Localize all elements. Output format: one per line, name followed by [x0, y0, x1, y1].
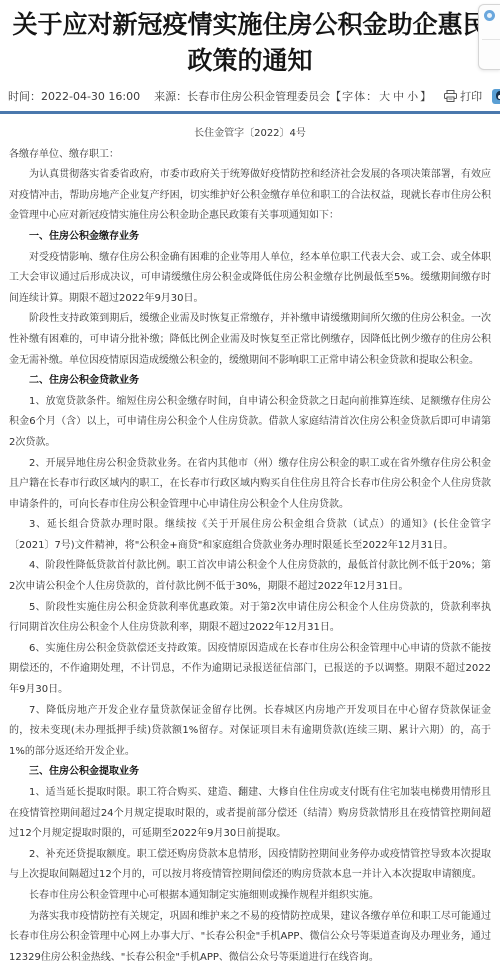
qq-share-icon[interactable]: [492, 89, 500, 104]
widget-divider: [482, 39, 500, 40]
font-size-medium-button[interactable]: 中: [393, 90, 405, 103]
page-title: 关于应对新冠疫情实施住房公积金助企惠民政策的通知: [0, 0, 500, 82]
paragraph: 为落实我市疫情防控有关规定，巩固和维护来之不易的疫情防控成果，建议各缴存单位和职…: [9, 907, 491, 964]
article: 长住金管字〔2022〕4号 各缴存单位、缴存职工：为认真贯彻落实省委省政府，市委…: [0, 114, 500, 964]
page: { "colors": { "divider": "#4a78ad", "qq_…: [0, 0, 500, 964]
print-button[interactable]: 打印: [444, 88, 482, 104]
print-label: 打印: [460, 88, 482, 104]
time-value: 2022-04-30 16:00: [41, 90, 140, 103]
doc-number: 长住金管字〔2022〕4号: [9, 124, 491, 145]
meta-actions: 【字体：大中小】 打印: [330, 88, 500, 104]
paragraph: 6、实施住房公积金贷款偿还支持政策。因疫情原因造成在长春市住房公积金管理中心申请…: [9, 639, 491, 701]
font-bracket-close: 】: [420, 90, 432, 103]
font-size-control: 【字体：大中小】: [330, 88, 432, 104]
font-size-large-button[interactable]: 大: [379, 90, 391, 103]
paragraph: 对受疫情影响、缴存住房公积金确有困难的企业等用人单位，经本单位职工代表大会、或工…: [9, 248, 491, 310]
paragraph: 2、开展异地住房公积金贷款业务。在省内其他市（州）缴存住房公积金的职工或在省外缴…: [9, 454, 491, 516]
article-body: 各缴存单位、缴存职工：为认真贯彻落实省委省政府，市委市政府关于统筹做好疫情防控和…: [9, 145, 491, 964]
paragraph: 为认真贯彻落实省委省政府，市委市政府关于统筹做好疫情防控和经济社会发展的各项决策…: [9, 165, 491, 227]
share-widget-icon: [484, 10, 495, 21]
paragraph: 4、阶段性降低贷款首付款比例。职工首次申请公积金个人住房贷款的，最低首付款比例不…: [9, 556, 491, 597]
font-bracket-open: 【字体：: [330, 90, 378, 103]
printer-icon: [444, 90, 457, 102]
section-heading: 三、住房公积金提取业务: [9, 762, 491, 783]
paragraph: 长春市住房公积金管理中心可根据本通知制定实施细则或操作规程并组织实施。: [9, 886, 491, 907]
time-label: 时间：: [8, 88, 41, 104]
paragraph: 2、补充还贷提取额度。职工偿还购房贷款本息情形，因疫情防控期间业务停办或疫情管控…: [9, 845, 491, 886]
paragraph: 1、放宽贷款条件。缩短住房公积金缴存时间，自申请公积金贷款之日起向前推算连续、足…: [9, 392, 491, 454]
floating-widget[interactable]: [478, 4, 500, 70]
paragraph: 7、降低房地产开发企业存量贷款保证金留存比例。长春城区内房地产开发项目在中心留存…: [9, 701, 491, 763]
source-value: 长春市住房公积金管理委员会: [187, 88, 330, 104]
share-icons: [492, 89, 500, 104]
paragraph: 3、延长组合贷款办理时限。继续按《关于开展住房公积金组合贷款（试点）的通知》(长…: [9, 515, 491, 556]
paragraph: 1、适当延长提取时限。职工符合购买、建造、翻建、大修自住住房或支付既有住宅加装电…: [9, 783, 491, 845]
paragraph: 各缴存单位、缴存职工：: [9, 145, 491, 166]
section-heading: 一、住房公积金缴存业务: [9, 227, 491, 248]
section-heading: 二、住房公积金贷款业务: [9, 371, 491, 392]
font-size-small-button[interactable]: 小: [407, 90, 419, 103]
meta-info: 时间： 2022-04-30 16:00 来源： 长春市住房公积金管理委员会: [8, 88, 330, 104]
paragraph: 阶段性支持政策到期后，缓缴企业需及时恢复正常缴存，并补缴申请缓缴期间所欠缴的住房…: [9, 309, 491, 371]
meta-bar: 时间： 2022-04-30 16:00 来源： 长春市住房公积金管理委员会 【…: [0, 82, 500, 111]
source-label: 来源：: [154, 88, 187, 104]
paragraph: 5、阶段性实施住房公积金贷款利率优惠政策。对于第2次申请住房公积金个人住房贷款的…: [9, 598, 491, 639]
